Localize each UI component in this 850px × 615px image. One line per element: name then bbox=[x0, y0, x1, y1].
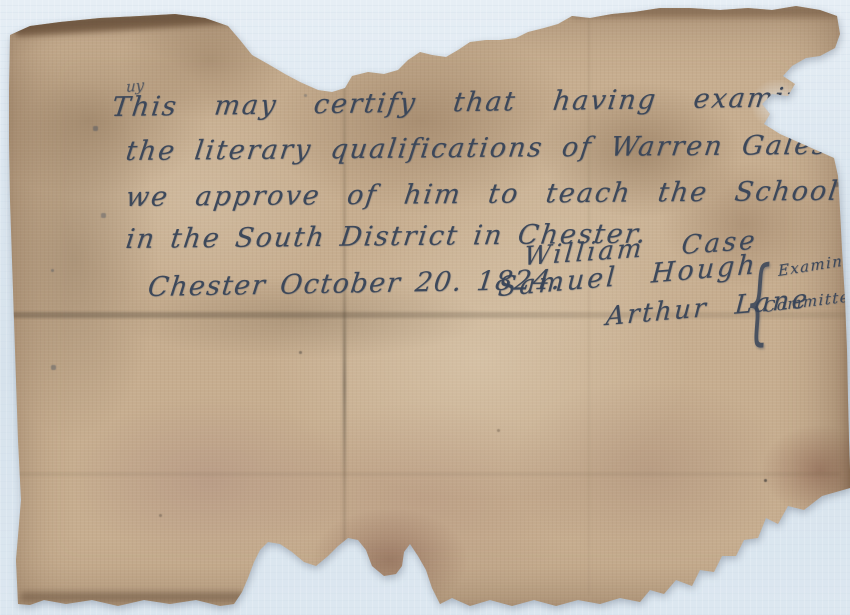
paper-shadow: uy This may certify that having examined… bbox=[0, 0, 850, 615]
ink-speckles bbox=[0, 0, 1, 1]
scanned-document: uy This may certify that having examined… bbox=[0, 0, 850, 615]
torn-paper-sheet: uy This may certify that having examined… bbox=[0, 0, 850, 615]
body-line-3: we approve of him to teach the School bbox=[124, 176, 841, 213]
body-line-2: the literary qualifications of Warren Ga… bbox=[124, 130, 841, 167]
